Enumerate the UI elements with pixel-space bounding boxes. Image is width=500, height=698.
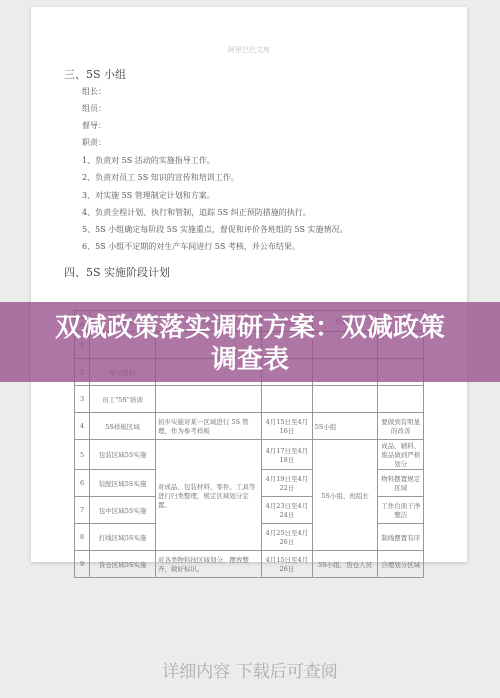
cell bbox=[155, 386, 261, 413]
cell: 4月25日至4月26日 bbox=[262, 524, 313, 551]
cell: 装配区域5S实施 bbox=[90, 470, 156, 497]
table-row: 45S样板区域初步实施对某一区域进行 5S 管理，作为参考样板4月15日至4月1… bbox=[75, 413, 424, 440]
cell: 对各类物料按区域划分，摆放整齐，做好标识。 bbox=[155, 551, 261, 578]
cell: 包装区域5S实施 bbox=[90, 440, 156, 470]
cell: 5S样板区域 bbox=[90, 413, 156, 440]
cell: 合理划分区域 bbox=[378, 551, 424, 578]
duty-6: 6、5S 小组不定期的对生产车间进行 5S 考核，并公布结果。 bbox=[82, 241, 300, 252]
duty-2: 2、负责对员工 5S 知识的宣传和培训工作。 bbox=[82, 172, 239, 183]
table-row: 5包装区域5S实施对成品、包装材料、零件、工具等进行归类整理，规定区域划分定置。… bbox=[75, 440, 424, 470]
cell: 4月15日至4月26日 bbox=[262, 551, 313, 578]
cell: 物料摆置规定区域 bbox=[378, 470, 424, 497]
cell: 4月17日至4月18日 bbox=[262, 440, 313, 470]
role-leader: 组长： bbox=[82, 86, 106, 97]
cell: 5S小组 bbox=[312, 413, 378, 440]
duties-label: 职责： bbox=[82, 137, 106, 148]
role-supervisor: 督导： bbox=[82, 120, 106, 131]
cell bbox=[262, 386, 313, 413]
section-3-title: 三、5S 小组 bbox=[64, 66, 126, 82]
duty-5: 5、5S 小组确定每阶段 5S 实施重点，督促和评价各班组的 5S 实施情况。 bbox=[82, 224, 348, 235]
cell: 5S小组、班组长 bbox=[312, 440, 378, 551]
cell: 5 bbox=[75, 440, 90, 470]
cell: 4月19日至4月22日 bbox=[262, 470, 313, 497]
cell: 8 bbox=[75, 524, 90, 551]
cell: 9 bbox=[75, 551, 90, 578]
cell: 制线摆置有序 bbox=[378, 524, 424, 551]
cell bbox=[312, 386, 378, 413]
cell: 6 bbox=[75, 470, 90, 497]
cell bbox=[378, 386, 424, 413]
duty-3: 3、对实施 5S 管理制定计划和方案。 bbox=[82, 190, 215, 201]
header-note: 阿里巴巴文库 bbox=[31, 45, 467, 55]
banner-title: 双减政策落实调研方案：双减政策调查表 bbox=[50, 312, 450, 376]
cell: 5S小组、货仓人员 bbox=[312, 551, 378, 578]
duty-1: 1、负责对 5S 活动的实施指导工作。 bbox=[82, 155, 215, 166]
role-member: 组员： bbox=[82, 103, 106, 114]
cell: 7 bbox=[75, 497, 90, 524]
cell: 4月15日至4月16日 bbox=[262, 413, 313, 440]
cell: 打线区域5S实施 bbox=[90, 524, 156, 551]
cell: 要做到有明显的改善 bbox=[378, 413, 424, 440]
table-row: 9货仓区域5S实施对各类物料按区域划分，摆放整齐，做好标识。4月15日至4月26… bbox=[75, 551, 424, 578]
section-4-title: 四、5S 实施阶段计划 bbox=[64, 264, 170, 280]
cell: 包中区域5S实施 bbox=[90, 497, 156, 524]
cell: 成品、辅料、废品做到严格划分 bbox=[378, 440, 424, 470]
cell: 工作台面干净整洁 bbox=[378, 497, 424, 524]
duty-4: 4、负责全程计划、执行和管制，追踪 5S 纠正预防措施的执行。 bbox=[82, 207, 311, 218]
cell: 初步实施对某一区域进行 5S 管理，作为参考样板 bbox=[155, 413, 261, 440]
cell: 4 bbox=[75, 413, 90, 440]
cell: 货仓区域5S实施 bbox=[90, 551, 156, 578]
cell: 4月23日至4月24日 bbox=[262, 497, 313, 524]
cell: 3 bbox=[75, 386, 90, 413]
download-hint[interactable]: 详细内容 下载后可查阅 bbox=[0, 657, 500, 682]
cell: 员工"5S"培训 bbox=[90, 386, 156, 413]
cell: 对成品、包装材料、零件、工具等进行归类整理，规定区域划分定置。 bbox=[155, 440, 261, 551]
table-row: 3员工"5S"培训 bbox=[75, 386, 424, 413]
